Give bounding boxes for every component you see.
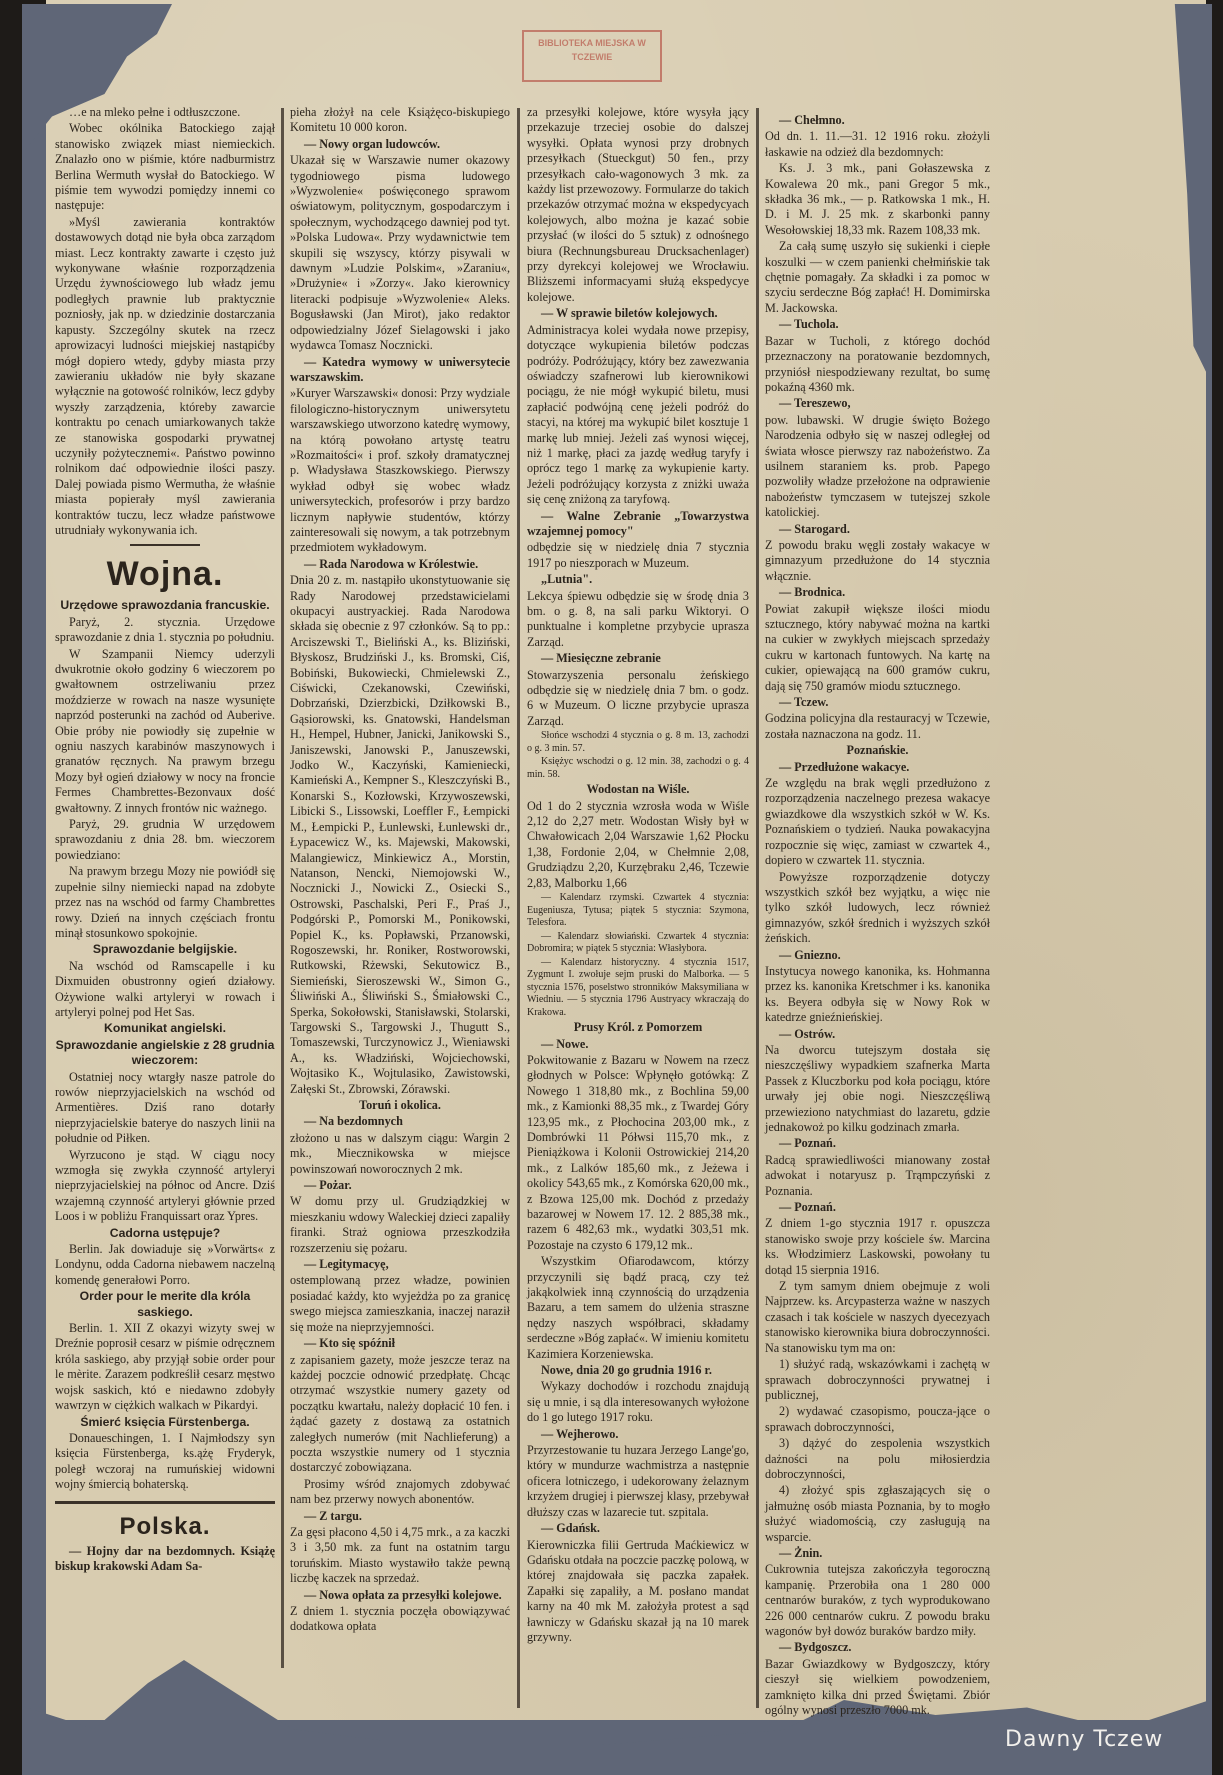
subheading: Komunikat angielski. xyxy=(55,1021,275,1036)
divider xyxy=(130,544,200,546)
article-text: za przesyłki kolejowe, które wysyła jący… xyxy=(527,105,749,305)
section-title-poznanskie: Poznańskie. xyxy=(765,743,990,758)
article-text: Paryż, 2. stycznia. Urzędowe sprawozdani… xyxy=(55,615,275,646)
headline: Wodostan na Wiśle. xyxy=(527,782,749,797)
headline: — Gniezno. xyxy=(765,948,990,963)
headline: — Walne Zebranie „Towarzystwa wzajemnej … xyxy=(527,509,749,540)
article-text: Wykazy dochodów i rozchodu znajdują się … xyxy=(527,1379,749,1425)
headline: — W sprawie biletów kolejowych. xyxy=(527,306,749,321)
headline: — Katedra wymowy w uniwersytecie warszaw… xyxy=(290,355,510,386)
section-title-wojna: Wojna. xyxy=(55,552,275,596)
article-text: Nowe, dnia 20 go grudnia 1916 r. xyxy=(527,1363,749,1378)
article-text: Z tym samym dniem obejmuje z woli Najprz… xyxy=(765,1279,990,1356)
headline: — Brodnica. xyxy=(765,585,990,600)
headline: — Nowe. xyxy=(527,1037,749,1052)
article-text: Instytucya nowego kanonika, ks. Hohmanna… xyxy=(765,964,990,1026)
column-rule xyxy=(517,108,520,1708)
article-text: Bazar w Tucholi, z którego dochód przezn… xyxy=(765,334,990,396)
article-text: Kierowniczka filii Gertruda Maćkiewicz w… xyxy=(527,1538,749,1646)
headline: — Miesięczne zebranie xyxy=(527,651,749,666)
section-title-polska: Polska. xyxy=(55,1512,275,1542)
column-rule xyxy=(756,108,759,1708)
article-text: …e na mleko pełne i odtłuszczone. xyxy=(55,105,275,120)
article-text: Od dn. 1. 11.—31. 12 1916 roku. złożyli … xyxy=(765,129,990,160)
article-text: Administracya kolei wydała nowe przepisy… xyxy=(527,323,749,508)
article-text: Z powodu braku węgli zostały wakacye w g… xyxy=(765,538,990,584)
divider xyxy=(55,1501,275,1504)
article-text: Lekcya śpiewu odbędzie się w środę dnia … xyxy=(527,589,749,651)
article-text: Prosimy wśród znajomych zdobywać nam bez… xyxy=(290,1477,510,1508)
article-text: Wyrzucono je stąd. W ciągu nocy wzmogła … xyxy=(55,1148,275,1225)
article-text: z zapisaniem gazety, może jeszcze teraz … xyxy=(290,1353,510,1476)
list-item: 3) dążyć do zespolenia wszystkich dażnoś… xyxy=(765,1436,990,1482)
headline: — Bydgoszcz. xyxy=(765,1640,990,1655)
column-2: pieha złożył na cele Książęco-biskupiego… xyxy=(290,105,510,1636)
headline: — Tereszewo, xyxy=(765,396,990,411)
column-1: …e na mleko pełne i odtłuszczone. Wobec … xyxy=(55,105,275,1575)
article-text: Powiat zakupił większe ilości miodu sztu… xyxy=(765,602,990,694)
article-text: odbędzie się w niedzielę dnia 7 stycznia… xyxy=(527,540,749,571)
subheading: Śmierć księcia Fürstenberga. xyxy=(55,1415,275,1430)
article-text: Radcą sprawiedliwości mianowany został a… xyxy=(765,1153,990,1199)
column-rule xyxy=(281,108,284,1668)
subheading: Sprawozdanie angielskie z 28 grudnia wie… xyxy=(55,1038,275,1069)
article-text: Bazar Gwiazdkowy w Bydgoszczy, który cie… xyxy=(765,1657,990,1719)
headline: — Starogard. xyxy=(765,522,990,537)
article-text: Ze względu na brak węgli przedłużono z r… xyxy=(765,776,990,868)
headline: — Na bezdomnych xyxy=(290,1114,510,1129)
headline: — Ostrów. xyxy=(765,1027,990,1042)
article-text: »Myśl zawierania kontraktów dostawowych … xyxy=(55,215,275,539)
article-text: Wobec okólnika Batockiego zajął stanowis… xyxy=(55,121,275,213)
article-text: W domu przy ul. Grudziądzkiej w mieszkan… xyxy=(290,1194,510,1256)
headline: — Poznań. xyxy=(765,1200,990,1215)
article-text: pieha złożył na cele Książęco-biskupiego… xyxy=(290,105,510,136)
headline: — Tczew. xyxy=(765,695,990,710)
article-text: Przyrzestowanie tu huzara Jerzego Lange'… xyxy=(527,1443,749,1520)
article-text: Za całą sumę uszyło się sukienki i ciepł… xyxy=(765,239,990,316)
moon-times: Księżyc wschodzi o g. 12 min. 38, zachod… xyxy=(527,756,749,781)
headline: — Pożar. xyxy=(290,1178,510,1193)
subheading: Urzędowe sprawozdania francuskie. xyxy=(55,598,275,613)
headline: — Nowa opłata za przesyłki kolejowe. xyxy=(290,1588,510,1603)
headline: — Legitymacyę, xyxy=(290,1257,510,1272)
article-text: Na prawym brzegu Mozy nie powiódł się zu… xyxy=(55,864,275,941)
headline: — Przedłużone wakacye. xyxy=(765,760,990,775)
list-item: 4) złożyć spis zgłaszających się o jałmu… xyxy=(765,1483,990,1545)
article-text: Dnia 20 z. m. nastąpiło ukonstytuowanie … xyxy=(290,573,510,1097)
article-text: Paryż, 29. grudnia W urzędowem sprawozda… xyxy=(55,817,275,863)
headline: — Kto się spóźnił xyxy=(290,1336,510,1351)
article-text: Berlin. 1. XII Z okazyi wizyty swej w Dr… xyxy=(55,1321,275,1413)
section-title-torun: Toruń i okolica. xyxy=(290,1098,510,1113)
article-text: Za gęsi płacono 4,50 i 4,75 mrk., a za k… xyxy=(290,1525,510,1587)
article-text: Pokwitowanie z Bazaru w Nowem na rzecz g… xyxy=(527,1053,749,1253)
article-text: Z dniem 1-go stycznia 1917 r. opuszcza s… xyxy=(765,1216,990,1278)
article-text: Berlin. Jak dowiaduje się »Vorwärts« z L… xyxy=(55,1242,275,1288)
section-title-prusy: Prusy Król. z Pomorzem xyxy=(527,1020,749,1035)
subheading: Order pour le merite dla króla saskiego. xyxy=(55,1289,275,1320)
article-text: Ks. J. 3 mk., pani Gołaszewska z Kowalew… xyxy=(765,161,990,238)
article-text: Donaueschingen, 1. I Najmłodszy syn księ… xyxy=(55,1431,275,1493)
article-text: Od 1 do 2 stycznia wzrosła woda w Wiśle … xyxy=(527,799,749,891)
headline: — Poznań. xyxy=(765,1136,990,1151)
article-text: Cukrownia tutejsza zakończyła tegoroczną… xyxy=(765,1562,990,1639)
calendar-historical: — Kalendarz historyczny. 4 stycznia 1517… xyxy=(527,957,749,1020)
article-text: Z dniem 1. stycznia poczęła obowiązywać … xyxy=(290,1604,510,1635)
article-text: pow. lubawski. W drugie święto Bożego Na… xyxy=(765,413,990,521)
watermark-logo: Dawny Tczew xyxy=(1005,1727,1163,1752)
headline: — Z targu. xyxy=(290,1509,510,1524)
list-item: 2) wydawać czasopismo, poucza-jące o spr… xyxy=(765,1404,990,1435)
calendar-roman: — Kalendarz rzymski. Czwartek 4 stycznia… xyxy=(527,892,749,930)
article-text: złożono u nas w dalszym ciągu: Wargin 2 … xyxy=(290,1131,510,1177)
headline: — Nowy organ ludowców. xyxy=(290,137,510,152)
article-text: W Szampanii Niemcy uderzyli dwukrotnie o… xyxy=(55,647,275,816)
article-text: Na wschód od Ramscapelle i ku Dixmuiden … xyxy=(55,959,275,1021)
article-text: Godzina policyjna dla restauracyj w Tcze… xyxy=(765,711,990,742)
calendar-slavic: — Kalendarz słowiański. Czwartek 4 stycz… xyxy=(527,931,749,956)
article-text: Powyższe rozporządzenie dotyczy wszystki… xyxy=(765,870,990,947)
article-text: »Kuryer Warszawski« donosi: Przy wydzial… xyxy=(290,386,510,555)
library-stamp: BIBLIOTEKA MIEJSKA W TCZEWIE xyxy=(522,30,662,82)
article-text: Na dworcu tutejszym dostała się nieszczę… xyxy=(765,1043,990,1135)
subheading: Cadorna ustępuje? xyxy=(55,1226,275,1241)
article-text: Ukazał się w Warszawie numer okazowy tyg… xyxy=(290,153,510,353)
column-4: — Chełmno. Od dn. 1. 11.—31. 12 1916 rok… xyxy=(765,113,990,1719)
headline: „Lutnia". xyxy=(527,572,749,587)
article-text: Wszystkim Ofiarodawcom, którzy przyczyni… xyxy=(527,1254,749,1362)
headline: — Wejherowo. xyxy=(527,1427,749,1442)
article-text: Ostatniej nocy wtargły nasze patrole do … xyxy=(55,1070,275,1147)
headline: — Tuchola. xyxy=(765,317,990,332)
headline: — Gdańsk. xyxy=(527,1521,749,1536)
article-text: — Hojny dar na bezdomnych. Książę biskup… xyxy=(55,1544,275,1575)
article-text: Stowarzyszenia personalu żeńskiego odbęd… xyxy=(527,668,749,730)
column-3: za przesyłki kolejowe, które wysyła jący… xyxy=(527,105,749,1646)
article-text: ostemplowaną przez władze, powinien posi… xyxy=(290,1273,510,1335)
list-item: 1) służyć radą, wskazówkami i zachętą w … xyxy=(765,1357,990,1403)
headline: — Chełmno. xyxy=(765,113,990,128)
headline: — Rada Narodowa w Królestwie. xyxy=(290,557,510,572)
subheading: Sprawozdanie belgijskie. xyxy=(55,942,275,957)
headline: — Żnin. xyxy=(765,1546,990,1561)
sun-times: Słońce wschodzi 4 stycznia o g. 8 m. 13,… xyxy=(527,730,749,755)
